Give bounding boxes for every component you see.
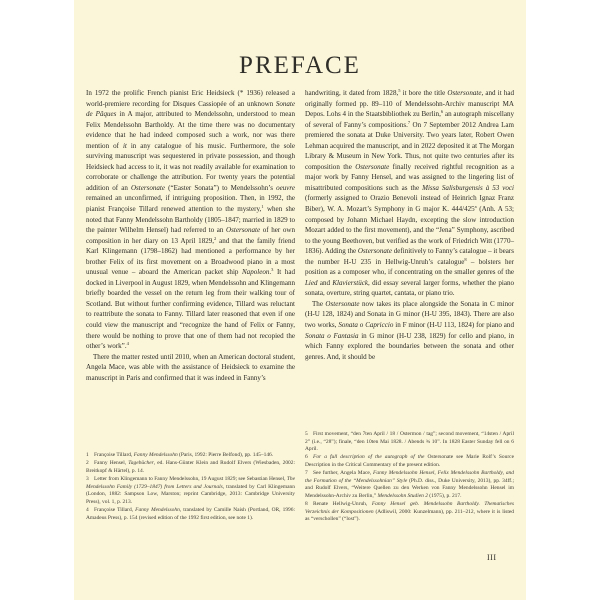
paragraph: The Ostersonate now takes its place alon… (305, 299, 514, 362)
footnote-number: 6 (305, 454, 313, 462)
italic-text: Fanny Mendelssohn (135, 507, 180, 513)
footnote: 8Renate Hellwig-Unruh, Fanny Hensel geb.… (305, 501, 514, 524)
text-run: Letter from Klingemann to Fanny Mendelss… (94, 476, 287, 482)
paragraph: In 1972 the prolific French pianist Eric… (86, 88, 295, 352)
page-number: III (487, 553, 497, 562)
text-run: There the matter rested until 2010, when… (86, 353, 295, 382)
text-run: (Paris, 1992: Pierre Belfond), pp. 145–1… (178, 452, 273, 458)
italic-text: Missa Salisburgensis à 53 voci (422, 184, 514, 192)
italic-text: Sonata o Capriccio (338, 321, 393, 329)
italic-text: Tagebücher (128, 460, 153, 466)
right-column-body: handwriting, it dated from 1828,5 it bor… (305, 88, 514, 362)
left-column-body: In 1972 the prolific French pianist Eric… (86, 88, 295, 383)
footnote-number: 2 (86, 460, 94, 468)
italic-text: Fanny Mendelssohn (134, 452, 178, 458)
italic-text: Ostersonate (355, 163, 389, 171)
text-run: See further, Angela Mace, (313, 470, 373, 476)
text-run: Ostersonate (427, 454, 453, 460)
page-title: PREFACE (74, 52, 526, 80)
left-footnotes: 1Françoise Tillard, Fanny Mendelssohn (P… (86, 452, 295, 523)
text-run: It had docked in Liverpool in August 182… (86, 268, 295, 350)
footnote: 6For a full description of the autograph… (305, 454, 514, 469)
footnote-number: 8 (305, 501, 313, 509)
text-run: and (318, 279, 333, 287)
italic-text: Napoleon (242, 268, 269, 276)
italic-text: Sonata o Fantasia (305, 332, 359, 340)
footnote-number: 3 (86, 476, 94, 484)
text-run: Fanny Hensel, (94, 460, 128, 466)
document-page: PREFACE In 1972 the prolific French pian… (74, 0, 526, 600)
italic-text: Ostersonate (447, 89, 481, 97)
italic-text: Ostersonate (358, 247, 392, 255)
footnote: 7See further, Angela Mace, Fanny Mendels… (305, 470, 514, 500)
italic-text: Klavierstück (332, 279, 368, 287)
italic-text: For a full description of the autograph … (313, 454, 427, 460)
text-run: in F minor (H-U 113, 1824) for piano and (393, 321, 514, 329)
italic-text: Ostersonate (226, 226, 260, 234)
text-run: Françoise Tillard, (94, 507, 135, 513)
paragraph: There the matter rested until 2010, when… (86, 352, 295, 384)
footnote: 5First movement, “den 7ten April / 18 / … (305, 431, 514, 454)
footnote: 4Françoise Tillard, Fanny Mendelssohn, t… (86, 507, 295, 522)
footnote-number: 4 (86, 507, 94, 515)
text-run: handwriting, it dated from 1828, (305, 89, 398, 97)
text-run: (“Easter Sonata”) to Mendelssohn’s (165, 184, 276, 192)
text-run: The (312, 300, 325, 308)
text-run: First movement, “den 7ten April / 18 / O… (305, 431, 514, 452)
footnote-number: 7 (305, 470, 313, 478)
footnote: 1Françoise Tillard, Fanny Mendelssohn (P… (86, 452, 295, 460)
paragraph: handwriting, it dated from 1828,5 it bor… (305, 88, 514, 299)
text-run: In 1972 the prolific French pianist Eric… (86, 89, 295, 108)
footnote-number: 1 (86, 452, 94, 460)
italic-text: Ostersonate (131, 184, 165, 192)
text-run: Françoise Tillard, (94, 452, 134, 458)
italic-text: Mendelssohn Studien 2 (377, 493, 427, 499)
italic-text: Lied (305, 279, 318, 287)
right-footnotes: 5First movement, “den 7ten April / 18 / … (305, 431, 514, 525)
italic-text: Ostersonate (325, 300, 359, 308)
footnote: 3Letter from Klingemann to Fanny Mendels… (86, 476, 295, 506)
text-run: (1975), p. 217. (428, 493, 462, 499)
footnote: 2Fanny Hensel, Tagebücher, ed. Hans-Günt… (86, 460, 295, 475)
italic-text: oeuvre (276, 184, 295, 192)
footnote-ref: 4 (127, 341, 129, 346)
footnote-number: 5 (305, 431, 313, 439)
text-run: Renate Hellwig-Unruh, (313, 501, 372, 507)
text-run: it bore the title (401, 89, 448, 97)
